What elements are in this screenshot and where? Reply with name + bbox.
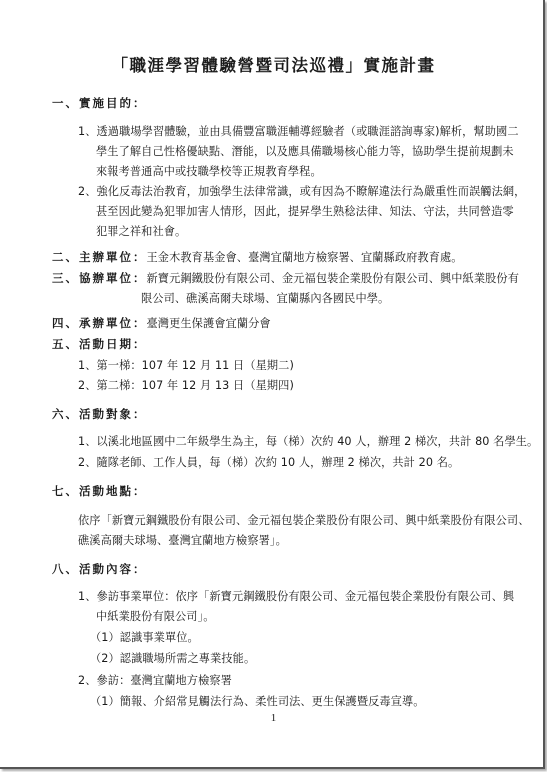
section-1-item-2-line-2: 甚至因此變為犯罪加害人情形，因此，提昇學生熟稔法律、知法、守法，共同營造零	[96, 205, 514, 219]
section-4-text: 臺灣更生保護會宜蘭分會	[147, 317, 271, 330]
section-3-text-line-1: 新寶元鋼鐵股份有限公司、金元福包裝企業股份有限公司、興中紙業股份有	[147, 272, 520, 285]
section-6-heading: 六、活動對象：	[52, 407, 147, 421]
section-1-item-1-line-1: 1、透過職場學習體驗，並由具備豐富職涯輔導經驗者（或職涯諮詢專家)解析，幫助國二	[78, 125, 519, 139]
section-4-label: 四、承辦單位：	[52, 316, 147, 330]
section-1-heading: 一、實施目的：	[52, 96, 147, 110]
section-8-item-2-line-1: 2、參訪：臺灣宜蘭地方檢察署	[78, 674, 232, 688]
section-1-item-1-line-2: 學生了解自己性格優缺點、潛能，以及應具備職場核心能力等，協助學生提前規劃未	[96, 145, 514, 159]
section-1-item-2-line-3: 犯罪之祥和社會。	[96, 225, 186, 239]
section-4-row: 四、承辦單位：臺灣更生保護會宜蘭分會	[52, 316, 271, 331]
section-6-item-2: 2、隨隊老師、工作人員，每（梯）次約 10 人，辦理 2 梯次，共計 20 名。	[78, 456, 459, 470]
section-3-row: 三、協辦單位：新寶元鋼鐵股份有限公司、金元福包裝企業股份有限公司、興中紙業股份有	[52, 271, 519, 286]
section-5-item-1: 1、第一梯：107 年 12 月 11 日（星期二)	[78, 359, 294, 373]
section-8-item-1-sub-1: （1）認識事業單位。	[90, 631, 199, 645]
section-8-item-1-line-1: 1、參訪事業單位：依序「新寶元鋼鐵股份有限公司、金元福包裝企業股份有限公司、興	[78, 590, 514, 604]
section-2-row: 二、主辦單位：王金木教育基金會、臺灣宜蘭地方檢察署、宜蘭縣政府教育處。	[52, 250, 463, 265]
section-7-line-2: 礁溪高爾夫球場、臺灣宜蘭地方檢察署」。	[78, 534, 287, 548]
section-5-heading: 五、活動日期：	[52, 337, 147, 351]
document-title: 「職涯學習體驗營暨司法巡禮」實施計畫	[0, 52, 547, 76]
document-page: 「職涯學習體驗營暨司法巡禮」實施計畫 一、實施目的： 1、透過職場學習體驗，並由…	[0, 0, 545, 769]
page-number: 1	[0, 712, 547, 724]
section-2-label: 二、主辦單位：	[52, 250, 147, 264]
section-8-heading: 八、活動內容：	[52, 562, 147, 576]
section-3-label: 三、協辦單位：	[52, 271, 147, 285]
section-8-item-2-sub-1: （1）簡報、介紹常見觸法行為、柔性司法、更生保護暨反毒宣導。	[90, 695, 425, 709]
section-1-item-2-line-1: 2、強化反毒法治教育，加強學生法律常識，或有因為不瞭解違法行為嚴重性而誤觸法網，	[78, 185, 525, 199]
section-7-heading: 七、活動地點：	[52, 484, 147, 498]
section-5-item-2: 2、第二梯：107 年 12 月 13 日（星期四)	[78, 379, 294, 393]
section-6-item-1: 1、以溪北地區國中二年級學生為主，每（梯）次約 40 人，辦理 2 梯次，共計 …	[78, 435, 538, 449]
section-2-text: 王金木教育基金會、臺灣宜蘭地方檢察署、宜蘭縣政府教育處。	[147, 251, 463, 264]
section-8-item-1-sub-2: （2）認識職場所需之專業技能。	[90, 652, 255, 666]
section-1-item-1-line-3: 來報考普通高中或技職學校等正規教育學程。	[96, 165, 322, 179]
section-7-line-1: 依序「新寶元鋼鐵股份有限公司、金元福包裝企業股份有限公司、興中紙業股份有限公司、	[78, 514, 530, 528]
section-3-text-line-2: 限公司、礁溪高爾夫球場、宜蘭縣內各國民中學。	[141, 292, 389, 306]
section-8-item-1-line-2: 中紙業股份有限公司」。	[96, 610, 215, 624]
